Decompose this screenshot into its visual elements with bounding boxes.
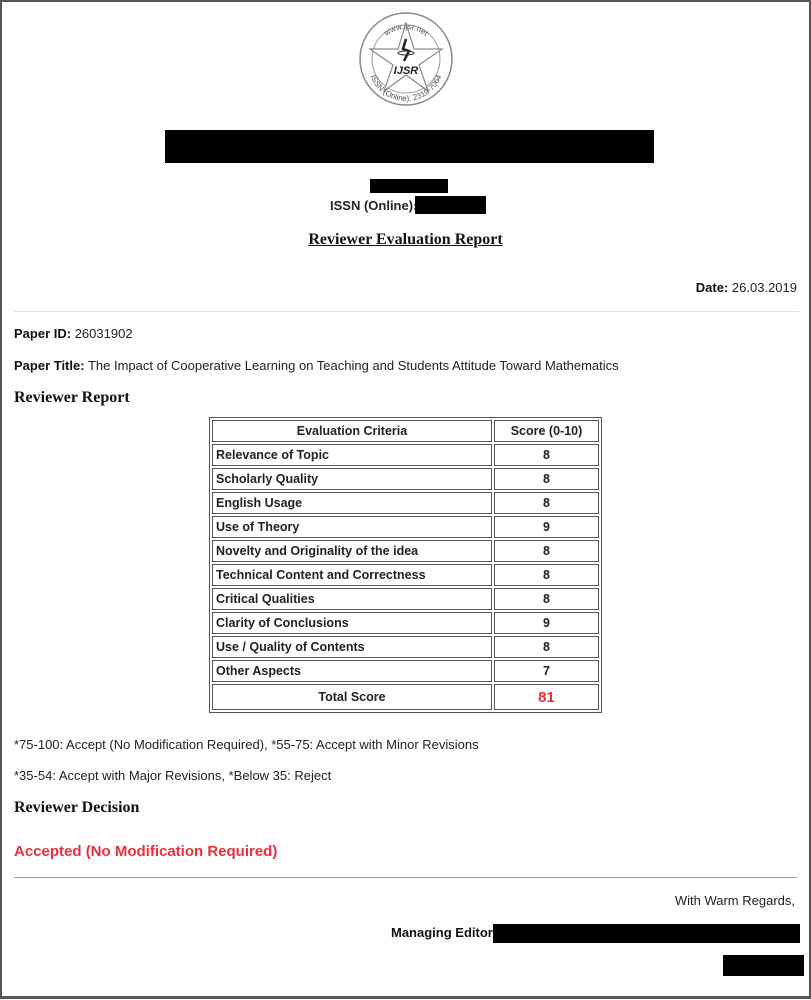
criteria-cell: Relevance of Topic <box>212 444 492 466</box>
table-header-row: Evaluation Criteria Score (0-10) <box>212 420 599 442</box>
paper-id-value: 26031902 <box>75 326 133 341</box>
criteria-cell: Clarity of Conclusions <box>212 612 492 634</box>
table-row: Clarity of Conclusions9 <box>212 612 599 634</box>
score-cell: 9 <box>494 612 599 634</box>
paper-id-label: Paper ID: <box>14 326 71 341</box>
table-row: English Usage8 <box>212 492 599 514</box>
criteria-cell: English Usage <box>212 492 492 514</box>
ijsr-logo-text: IJSR <box>394 65 419 77</box>
score-cell: 8 <box>494 540 599 562</box>
redacted-editor-name <box>493 924 800 943</box>
table-row: Relevance of Topic8 <box>212 444 599 466</box>
date-label: Date: <box>696 280 729 295</box>
closing-regards: With Warm Regards, <box>675 893 795 908</box>
divider <box>14 877 797 878</box>
table-row: Technical Content and Correctness8 <box>212 564 599 586</box>
ijsr-seal-logo-icon: www.ijsr.net ISSN (Online): 2319-7064 IJ… <box>358 11 454 107</box>
document-page: www.ijsr.net ISSN (Online): 2319-7064 IJ… <box>0 0 811 999</box>
criteria-cell: Technical Content and Correctness <box>212 564 492 586</box>
criteria-cell: Use of Theory <box>212 516 492 538</box>
table-row: Critical Qualities8 <box>212 588 599 610</box>
score-legend-line-1: *75-100: Accept (No Modification Require… <box>14 737 479 752</box>
score-cell: 8 <box>494 636 599 658</box>
table-row: Use / Quality of Contents8 <box>212 636 599 658</box>
decision-value: Accepted (No Modification Required) <box>14 843 277 860</box>
paper-title-value: The Impact of Cooperative Learning on Te… <box>88 358 619 373</box>
date-value: 26.03.2019 <box>732 280 797 295</box>
column-header-score: Score (0-10) <box>494 420 599 442</box>
issn-label: ISSN (Online): <box>330 198 417 213</box>
table-row: Scholarly Quality8 <box>212 468 599 490</box>
score-legend-line-2: *35-54: Accept with Major Revisions, *Be… <box>14 768 331 783</box>
table-row: Use of Theory9 <box>212 516 599 538</box>
criteria-cell: Other Aspects <box>212 660 492 682</box>
divider <box>14 311 799 312</box>
table-row: Novelty and Originality of the idea8 <box>212 540 599 562</box>
paper-title-label: Paper Title: <box>14 358 85 373</box>
report-date: Date: 26.03.2019 <box>696 280 797 295</box>
table-row: Other Aspects7 <box>212 660 599 682</box>
total-score-value: 81 <box>494 684 599 710</box>
paper-id: Paper ID: 26031902 <box>14 326 133 341</box>
reviewer-decision-heading: Reviewer Decision <box>14 799 139 817</box>
score-cell: 7 <box>494 660 599 682</box>
score-cell: 8 <box>494 444 599 466</box>
score-cell: 8 <box>494 468 599 490</box>
total-row: Total Score81 <box>212 684 599 710</box>
criteria-cell: Use / Quality of Contents <box>212 636 492 658</box>
total-label: Total Score <box>212 684 492 710</box>
criteria-cell: Scholarly Quality <box>212 468 492 490</box>
criteria-cell: Novelty and Originality of the idea <box>212 540 492 562</box>
redacted-issn-value <box>415 196 486 214</box>
redacted-subline <box>370 179 448 193</box>
score-cell: 8 <box>494 564 599 586</box>
reviewer-report-heading: Reviewer Report <box>14 389 130 407</box>
managing-editor-label: Managing Editor, <box>391 925 496 940</box>
score-cell: 9 <box>494 516 599 538</box>
redacted-journal-name <box>165 130 654 163</box>
page-title: Reviewer Evaluation Report <box>2 231 809 249</box>
score-cell: 8 <box>494 492 599 514</box>
column-header-criteria: Evaluation Criteria <box>212 420 492 442</box>
evaluation-table: Evaluation Criteria Score (0-10) Relevan… <box>209 417 602 713</box>
criteria-cell: Critical Qualities <box>212 588 492 610</box>
score-cell: 8 <box>494 588 599 610</box>
paper-title: Paper Title: The Impact of Cooperative L… <box>14 358 619 373</box>
redacted-editor-extra <box>723 955 804 976</box>
